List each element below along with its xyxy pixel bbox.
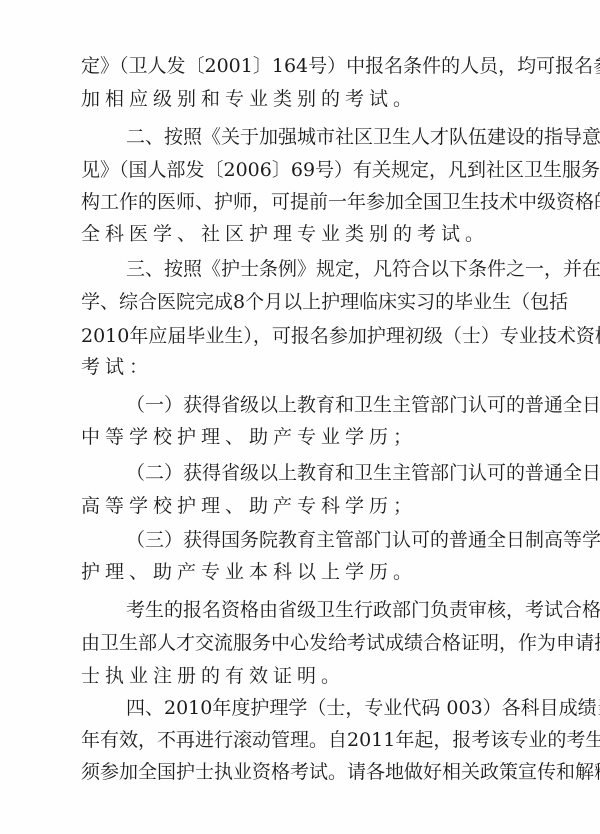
text-line: 全科医学、社区护理专业类别的考试。 [81,219,562,249]
text-line: 中等学校护理、助产专业学历； [81,422,562,452]
text-line: 加相应级别和专业类别的考试。 [81,84,562,114]
text-line: 四、2010年度护理学（士，专业代码 003）各科目成绩当 [126,693,562,723]
text-line: （三）获得国务院教育主管部门认可的普通全日制高等学校 [126,525,562,555]
text-line: 二、按照《关于加强城市社区卫生人才队伍建设的指导意 [126,122,562,152]
text-line: 考生的报名资格由省级卫生行政部门负责审核，考试合格者 [126,595,562,625]
text-line: 三、按照《护士条例》规定，凡符合以下条件之一，并在教 [126,254,562,284]
text-line: 士执业注册的有效证明。 [81,661,562,691]
text-line: 护理、助产专业本科以上学历。 [81,557,562,587]
text-line: 学、综合医院完成8个月以上护理临床实习的毕业生（包括 [81,287,562,317]
text-line: （一）获得省级以上教育和卫生主管部门认可的普通全日制 [126,390,562,420]
text-line: 定》（卫人发〔2001〕164号）中报名条件的人员，均可报名参 [81,51,562,81]
text-line: 由卫生部人才交流服务中心发给考试成绩合格证明，作为申请护 [81,628,562,658]
text-line: （二）获得省级以上教育和卫生主管部门认可的普通全日制 [126,458,562,488]
text-line: 高等学校护理、助产专科学历； [81,491,562,521]
text-line: 年有效，不再进行滚动管理。自2011年起，报考该专业的考生 [81,725,562,755]
text-line: 构工作的医师、护师，可提前一年参加全国卫生技术中级资格的 [81,187,562,217]
text-line: 须参加全国护士执业资格考试。请各地做好相关政策宣传和解释 [81,757,562,787]
document-page: 定》（卫人发〔2001〕164号）中报名条件的人员，均可报名参 加相应级别和专业… [0,0,600,834]
text-line: 2010年应届毕业生），可报名参加护理初级（士）专业技术资格 [81,321,562,351]
text-line: 考试： [81,352,562,382]
text-line: 见》（国人部发〔2006〕69号）有关规定，凡到社区卫生服务机 [81,155,562,185]
